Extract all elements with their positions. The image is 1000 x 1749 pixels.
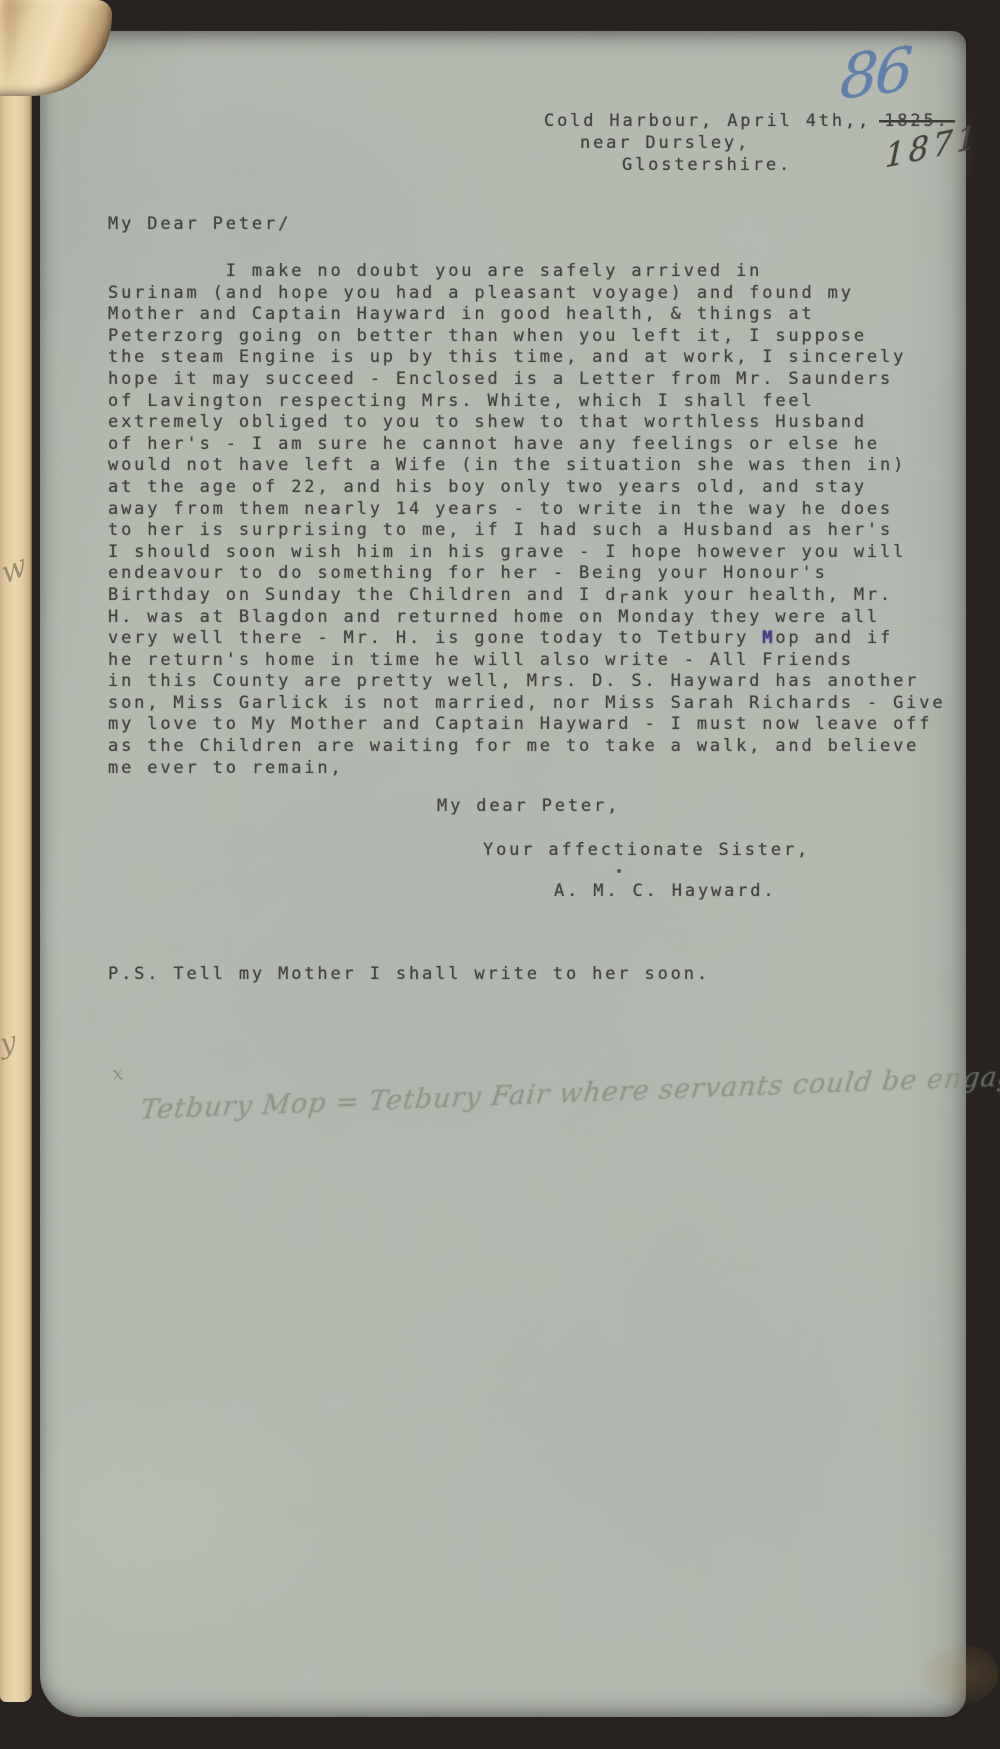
letter-body-line: hope it may succeed - Enclosed is a Lett… (108, 369, 945, 391)
letter-body-line: the steam Engine is up by this time, and… (108, 347, 945, 369)
letter-body-line: H. was at Blagdon and returned home on M… (108, 607, 945, 629)
letter-body: I make no doubt you are safely arrived i… (108, 261, 945, 779)
stray-ink-dot (617, 869, 621, 873)
signature: A. M. C. Hayward. (554, 881, 776, 903)
letter-greeting: My Dear Peter/ (108, 214, 291, 236)
heading-address-line: near Dursley, (580, 133, 750, 155)
letter-body-line: as the Children are waiting for me to ta… (108, 736, 945, 758)
heading-place-date-text: Cold Harbour, April 4th,, (544, 111, 884, 131)
letter-body-line: extremely obliged to you to shew to that… (108, 412, 945, 434)
archival-page-number: 86 (838, 34, 912, 114)
heading-address-line: Glostershire. (622, 155, 792, 177)
letter-body-line: of her's - I am sure he cannot have any … (108, 434, 945, 456)
heading-place-date: Cold Harbour, April 4th,, 1825. (544, 111, 950, 133)
letter-body-line: Mother and Captain Hayward in good healt… (108, 304, 945, 326)
letter-body-line: I make no doubt you are safely arrived i… (108, 261, 945, 283)
letter-body-line: endeavour to do something for her - Bein… (108, 563, 945, 585)
letter-body-line: away from them nearly 14 years - to writ… (108, 499, 945, 521)
pencil-x-mark: x (110, 1060, 125, 1086)
letter-body-line: at the age of 22, and his boy only two y… (108, 477, 945, 499)
adjacent-page-edge: w y (0, 0, 32, 1702)
letter-body-line: would not have left a Wife (in the situa… (108, 455, 945, 477)
letter-body-line: my love to My Mother and Captain Hayward… (108, 714, 945, 736)
margin-pencil-mark: w (0, 547, 30, 592)
margin-pencil-mark: y (0, 1024, 18, 1061)
letter-body-line: I should soon wish him in his grave - I … (108, 542, 945, 564)
pencil-footnote: Tetbury Mop = Tetbury Fair where servant… (138, 1059, 1000, 1126)
photographed-letter-scene: w y 86 Cold Harbour, April 4th,, 1825. n… (0, 0, 1000, 1749)
letter-body-line: he return's home in time he will also wr… (108, 650, 945, 672)
paper-stain (920, 1643, 998, 1705)
letter-body-line: Birthday on Sunday the Children and I dr… (108, 585, 945, 607)
letter-body-line: of Lavington respecting Mrs. White, whic… (108, 391, 945, 413)
letter-body-line: son, Miss Garlick is not married, nor Mi… (108, 693, 945, 715)
postscript: P.S. Tell my Mother I shall write to her… (108, 964, 710, 986)
letter-body-line: in this County are pretty well, Mrs. D. … (108, 671, 945, 693)
struck-year: 1825. (879, 111, 954, 131)
letter-body-line: to her is surprising to me, if I had suc… (108, 520, 945, 542)
letter-body-line: very well there - Mr. H. is gone today t… (108, 628, 945, 650)
letter-body-line: Peterzorg going on better than when you … (108, 326, 945, 348)
letter-page: 86 Cold Harbour, April 4th,, 1825. near … (40, 31, 966, 1717)
closing-valediction: Your affectionate Sister, (483, 840, 810, 862)
letter-body-line: Surinam (and hope you had a pleasant voy… (108, 283, 945, 305)
closing-salutation: My dear Peter, (437, 796, 620, 818)
letter-body-line: me ever to remain, (108, 758, 945, 780)
